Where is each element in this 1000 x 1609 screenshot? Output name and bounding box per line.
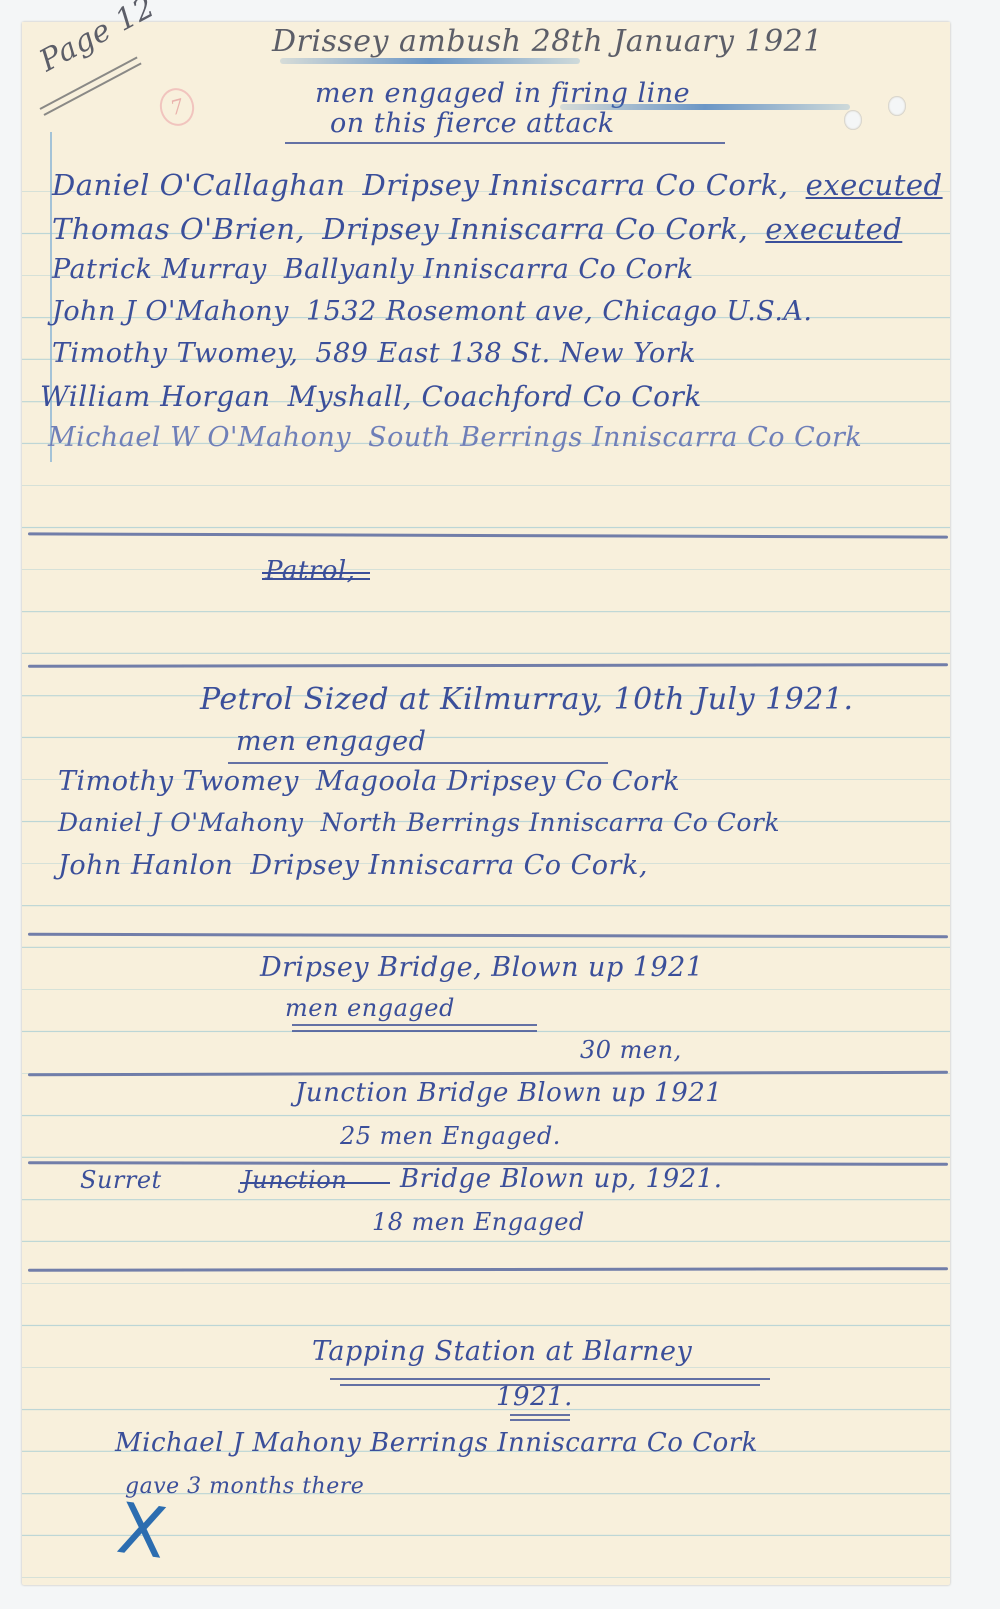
person-name: John J O'Mahony	[52, 296, 289, 327]
person-name: Daniel J O'Mahony	[58, 808, 304, 837]
subtitle-underline	[228, 762, 608, 764]
person-name: William Horgan	[40, 380, 271, 413]
punch-hole	[844, 110, 862, 130]
strikethrough	[262, 572, 370, 574]
section-subtitle: men engaged	[285, 994, 455, 1022]
person-address: Dripsey Inniscarra Co Cork,	[250, 850, 648, 881]
subtitle-underline	[292, 1030, 537, 1032]
men-count: 18 men Engaged	[372, 1208, 585, 1236]
blue-pencil-underline	[280, 58, 580, 64]
list-item: John Hanlon Dripsey Inniscarra Co Cork,	[58, 850, 958, 881]
men-count: 25 men Engaged.	[340, 1122, 561, 1150]
list-item: Michael W O'Mahony South Berrings Innisc…	[48, 422, 948, 453]
list-item: Patrick Murray Ballyanly Inniscarra Co C…	[52, 254, 952, 285]
section-title-bridge-blown: Bridge Blown up, 1921.	[400, 1164, 722, 1194]
year-underline	[510, 1419, 570, 1421]
list-item: Thomas O'Brien, Dripsey Inniscarra Co Co…	[52, 212, 952, 246]
section-subtitle: on this fierce attack	[330, 108, 615, 139]
list-item: Daniel J O'Mahony North Berrings Innisca…	[58, 808, 958, 837]
location-prefix: Surret	[80, 1166, 162, 1194]
punch-hole	[888, 96, 906, 116]
year-underline	[510, 1414, 570, 1416]
section-title-petrol-seized: Petrol Sized at Kilmurray, 10th July 192…	[200, 682, 853, 717]
list-item: John J O'Mahony 1532 Rosemont ave, Chica…	[52, 296, 952, 327]
person-note: executed	[765, 212, 902, 246]
section-subtitle: men engaged	[236, 726, 426, 757]
person-address: Myshall, Coachford Co Cork	[288, 380, 702, 413]
person-name: Timothy Twomey,	[52, 338, 298, 369]
person-name: Daniel O'Callaghan	[52, 168, 345, 202]
list-item: Timothy Twomey, 589 East 138 St. New Yor…	[52, 338, 952, 369]
section-title-junction-bridge: Junction Bridge Blown up 1921	[295, 1078, 722, 1108]
person-name: Michael W O'Mahony	[48, 422, 351, 453]
subtitle-underline	[285, 142, 725, 144]
person-address: 589 East 138 St. New York	[315, 338, 696, 369]
person-address: Dripsey Inniscarra Co Cork,	[322, 212, 748, 246]
person-note: executed	[806, 168, 943, 202]
men-count: 30 men,	[580, 1036, 682, 1064]
person-address: North Berrings Inniscarra Co Cork	[321, 808, 780, 837]
person-address: Dripsey Inniscarra Co Cork,	[363, 168, 789, 202]
strikethrough	[240, 1182, 390, 1184]
person-entry: Michael J Mahony Berrings Inniscarra Co …	[115, 1428, 758, 1458]
person-address: Magoola Dripsey Co Cork	[316, 766, 680, 797]
section-title-tapping-station: Tapping Station at Blarney	[312, 1336, 692, 1367]
person-address: Ballyanly Inniscarra Co Cork	[284, 254, 694, 285]
crossed-out-word: Junction	[242, 1166, 347, 1194]
person-name: Timothy Twomey	[58, 766, 299, 797]
list-item: Michael J Mahony Berrings Inniscarra Co …	[115, 1428, 975, 1458]
person-name: John Hanlon	[58, 850, 233, 881]
title-underline	[330, 1378, 770, 1380]
subtitle-underline	[292, 1024, 537, 1026]
section-year: 1921.	[496, 1382, 573, 1412]
strikethrough	[262, 578, 370, 580]
list-item: William Horgan Myshall, Coachford Co Cor…	[40, 380, 940, 413]
person-name: Thomas O'Brien,	[52, 212, 305, 246]
crossed-out-word: Patrol,	[265, 556, 355, 586]
person-address: South Berrings Inniscarra Co Cork	[368, 422, 862, 453]
list-item: Timothy Twomey Magoola Dripsey Co Cork	[58, 766, 958, 797]
section-title-dripsey-bridge: Dripsey Bridge, Blown up 1921	[260, 952, 704, 983]
list-item: Daniel O'Callaghan Dripsey Inniscarra Co…	[52, 168, 952, 202]
section-title-dripsey-ambush: Drissey ambush 28th January 1921	[272, 24, 823, 59]
person-name: Patrick Murray	[52, 254, 267, 285]
person-address: 1532 Rosemont ave, Chicago U.S.A.	[306, 296, 812, 327]
